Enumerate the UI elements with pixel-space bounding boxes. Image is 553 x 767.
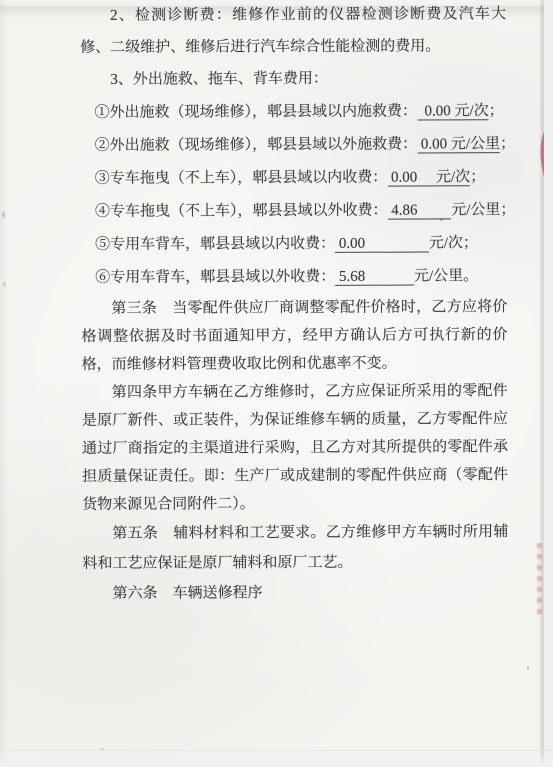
fee-tail: ；	[500, 136, 515, 152]
contract-body: 2、检测诊断费：维修作业前的仪器检测诊断费及汽车大修、二级维护、维修后进行汽车综…	[80, 0, 509, 609]
fee-line-1: ①外出施救（现场维修），郫县县域以内施救费： 0.00 元/次；	[94, 95, 506, 130]
fee-line-6: ⑥专用车背车，郫县县域以外收费： 5.68 元/公里。	[95, 260, 507, 295]
fee-value-underlined: 5.68	[335, 269, 414, 286]
fee-line-2: ②外出施救（现场维修），郫县县域以外施救费： 0.00 元/公里；	[95, 128, 507, 163]
clause-detection-fee: 2、检测诊断费：维修作业前的仪器检测诊断费及汽车大修、二级维护、维修后进行汽车综…	[80, 0, 506, 64]
fee-tail: ；	[489, 103, 504, 119]
fee-tail: ；	[470, 169, 485, 185]
scan-left-edge-shadow	[0, 0, 8, 767]
clause-rescue-fee-heading: 3、外出施救、拖车、背车费用：	[80, 62, 506, 96]
fee-tail: 元/公里；	[451, 202, 515, 218]
fee-line-5: ⑤专用车背车，郫县县域以内收费： 0.00 元/次；	[95, 227, 507, 262]
fee-label: ③专车拖曳（不上车），郫县县域以内收费：	[95, 170, 388, 187]
fee-value-underlined: 0.00 元/次	[417, 103, 489, 120]
fee-value-underlined: 0.00 元/公里	[417, 136, 500, 153]
fee-value-underlined: 0.00 元/次	[387, 169, 470, 186]
article-5: 第五条 辅料材料和工艺要求。乙方维修甲方车辆时所用辅料和工艺应保证是原厂辅料和原…	[82, 517, 508, 579]
scan-speck	[527, 666, 529, 670]
fee-label: ④专车拖曳（不上车），郫县县域以外收费：	[95, 203, 388, 220]
fee-label: ⑤专用车背车，郫县县域以内收费：	[95, 236, 335, 253]
fee-tail: 元/次；	[429, 235, 478, 251]
fee-line-3: ③专车拖曳（不上车），郫县县域以内收费： 0.00 元/次；	[95, 161, 507, 196]
scan-speck	[440, 218, 443, 221]
fee-line-4: ④专车拖曳（不上车），郫县县域以外收费： 4.86 元/公里；	[95, 194, 507, 229]
scanned-page: 2、检测诊断费：维修作业前的仪器检测诊断费及汽车大修、二级维护、维修后进行汽车综…	[0, 0, 553, 767]
scan-speck	[2, 212, 5, 218]
fee-list: ①外出施救（现场维修），郫县县域以内施救费： 0.00 元/次； ②外出施救（现…	[94, 95, 507, 295]
fee-label: ②外出施救（现场维修），郫县县域以外施救费：	[95, 137, 418, 154]
scanner-background-strip	[544, 0, 553, 767]
article-3: 第三条 当零配件供应厂商调整零配件价格时，乙方应将价格调整依据及时书面通知甲方，…	[81, 293, 507, 379]
fee-tail: 元/公里。	[414, 268, 478, 284]
fee-label: ①外出施救（现场维修），郫县县域以内施救费：	[94, 104, 417, 121]
scan-bottom-edge	[0, 750, 553, 767]
fee-value-underlined: 0.00	[335, 235, 429, 252]
article-4: 第四条甲方车辆在乙方维修时，乙方应保证所采用的零配件是原厂新件、或正装件，为保证…	[82, 377, 509, 519]
article-6: 第六条 车辆送修程序	[83, 577, 509, 609]
fee-label: ⑥专用车背车，郫县县域以外收费：	[95, 269, 335, 286]
scan-speck	[3, 282, 6, 287]
